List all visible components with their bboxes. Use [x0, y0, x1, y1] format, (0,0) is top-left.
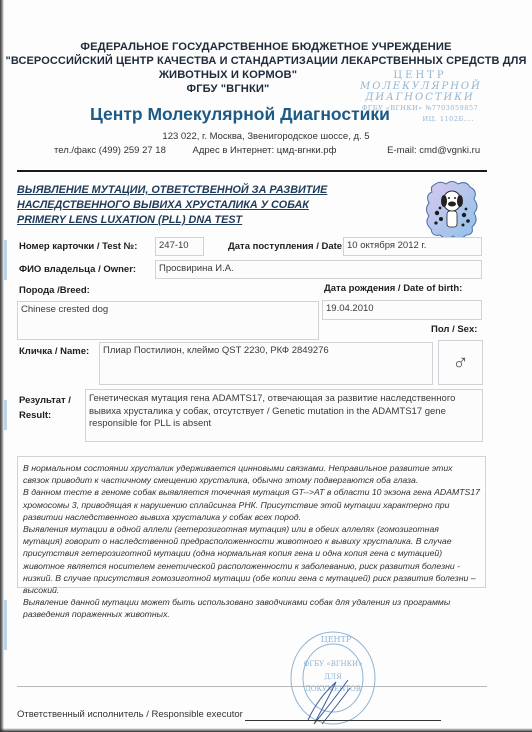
owner-field: Просвирина И.А.	[155, 260, 482, 279]
sex-label: Пол / Sex:	[431, 324, 477, 335]
executor-label: Ответственный исполнитель / Responsible …	[17, 709, 243, 720]
signature-divider	[17, 686, 487, 687]
scan-artifact	[4, 600, 7, 650]
description-paragraph: В нормальном состоянии хрусталик удержив…	[23, 462, 480, 486]
test-no-label: Номер карточки / Test №:	[19, 241, 137, 252]
test-description: В нормальном состоянии хрусталик удержив…	[17, 456, 486, 588]
executor-signature-line	[245, 720, 441, 721]
owner-label: ФИО владельца / Owner:	[19, 264, 136, 275]
round-stamp-icon: ЦЕНТР ФГБУ «ВГНКИ» ДЛЯ ДОКУМЕНТОВ	[288, 628, 378, 732]
test-title: ВЫЯВЛЕНИЕ МУТАЦИИ, ОТВЕТСТВЕННОЙ ЗА РАЗВ…	[17, 183, 327, 228]
org-header-line2: "ВСЕРОССИЙСКИЙ ЦЕНТР КАЧЕСТВА И СТАНДАРТ…	[0, 55, 532, 67]
website[interactable]: Адрес в Интернет: цмд-вгнки.рф	[193, 145, 337, 156]
name-label: Кличка / Name:	[19, 346, 89, 357]
test-title-line2: НАСЛЕДСТВЕННОГО ВЫВИХА ХРУСТАЛИКА У СОБА…	[17, 198, 327, 213]
result-label: Результат / Result:	[19, 393, 71, 423]
round-stamp-line1: ФГБУ «ВГНКИ»	[304, 660, 363, 668]
stamp-line: ЦЕНТР	[360, 70, 480, 81]
test-no-field: 247-10	[155, 237, 204, 256]
result-label-ru: Результат /	[19, 393, 71, 408]
result-label-en: Result:	[19, 408, 71, 423]
test-title-line1: ВЫЯВЛЕНИЕ МУТАЦИИ, ОТВЕТСТВЕННОЙ ЗА РАЗВ…	[17, 183, 327, 198]
address: 123 022, г. Москва, Звенигородское шоссе…	[0, 131, 532, 142]
stamp-line: ДИАГНОСТИКИ	[360, 92, 480, 103]
round-stamp-line2: ДЛЯ	[324, 673, 342, 681]
sex-field: ♂	[438, 340, 483, 385]
breed-field: Chinese crested dog	[17, 301, 319, 340]
description-paragraph: Выявления мутации в одной аллели (гетеро…	[23, 523, 480, 596]
round-stamp-top: ЦЕНТР	[321, 635, 352, 644]
name-field: Плиар Постилион, клеймо QST 2230, РКФ 28…	[99, 342, 433, 385]
breed-label: Порода /Breed:	[19, 285, 90, 296]
center-name-title: Центр Молекулярной Диагностики	[0, 104, 506, 125]
date-of-birth-field: 19.04.2010	[322, 300, 482, 320]
date-of-birth-label: Дата рождения / Date of birth:	[324, 283, 462, 294]
org-header-line1: ФЕДЕРАЛЬНОЕ ГОСУДАРСТВЕННОЕ БЮДЖЕТНОЕ УЧ…	[0, 41, 532, 53]
test-title-line3: PRIMERY LENS LUXATION (PLL) DNA TEST	[17, 213, 327, 228]
header-divider	[17, 170, 487, 172]
scan-edge	[0, 728, 532, 732]
male-symbol-icon: ♂	[452, 357, 469, 369]
date-received-field: 10 октября 2012 г.	[343, 237, 482, 256]
phone: тел./факс (499) 259 27 18	[54, 145, 166, 156]
email[interactable]: E-mail: cmd@vgnki.ru	[387, 145, 480, 156]
description-paragraph: Выявление данной мутации может быть испо…	[23, 596, 480, 620]
stamp-line: МОЛЕКУЛЯРНОЙ	[360, 81, 480, 92]
scan-artifact	[4, 240, 7, 280]
date-received-label: Дата поступления / Date:	[228, 241, 345, 252]
description-paragraph: В данном тесте в геноме собак выявляется…	[23, 486, 480, 523]
scan-artifact	[4, 400, 7, 430]
contacts-row: тел./факс (499) 259 27 18 Адрес в Интерн…	[54, 145, 480, 156]
result-field: Генетическая мутация гена ADAMTS17, отве…	[85, 389, 483, 442]
dog-logo-icon	[424, 179, 480, 241]
